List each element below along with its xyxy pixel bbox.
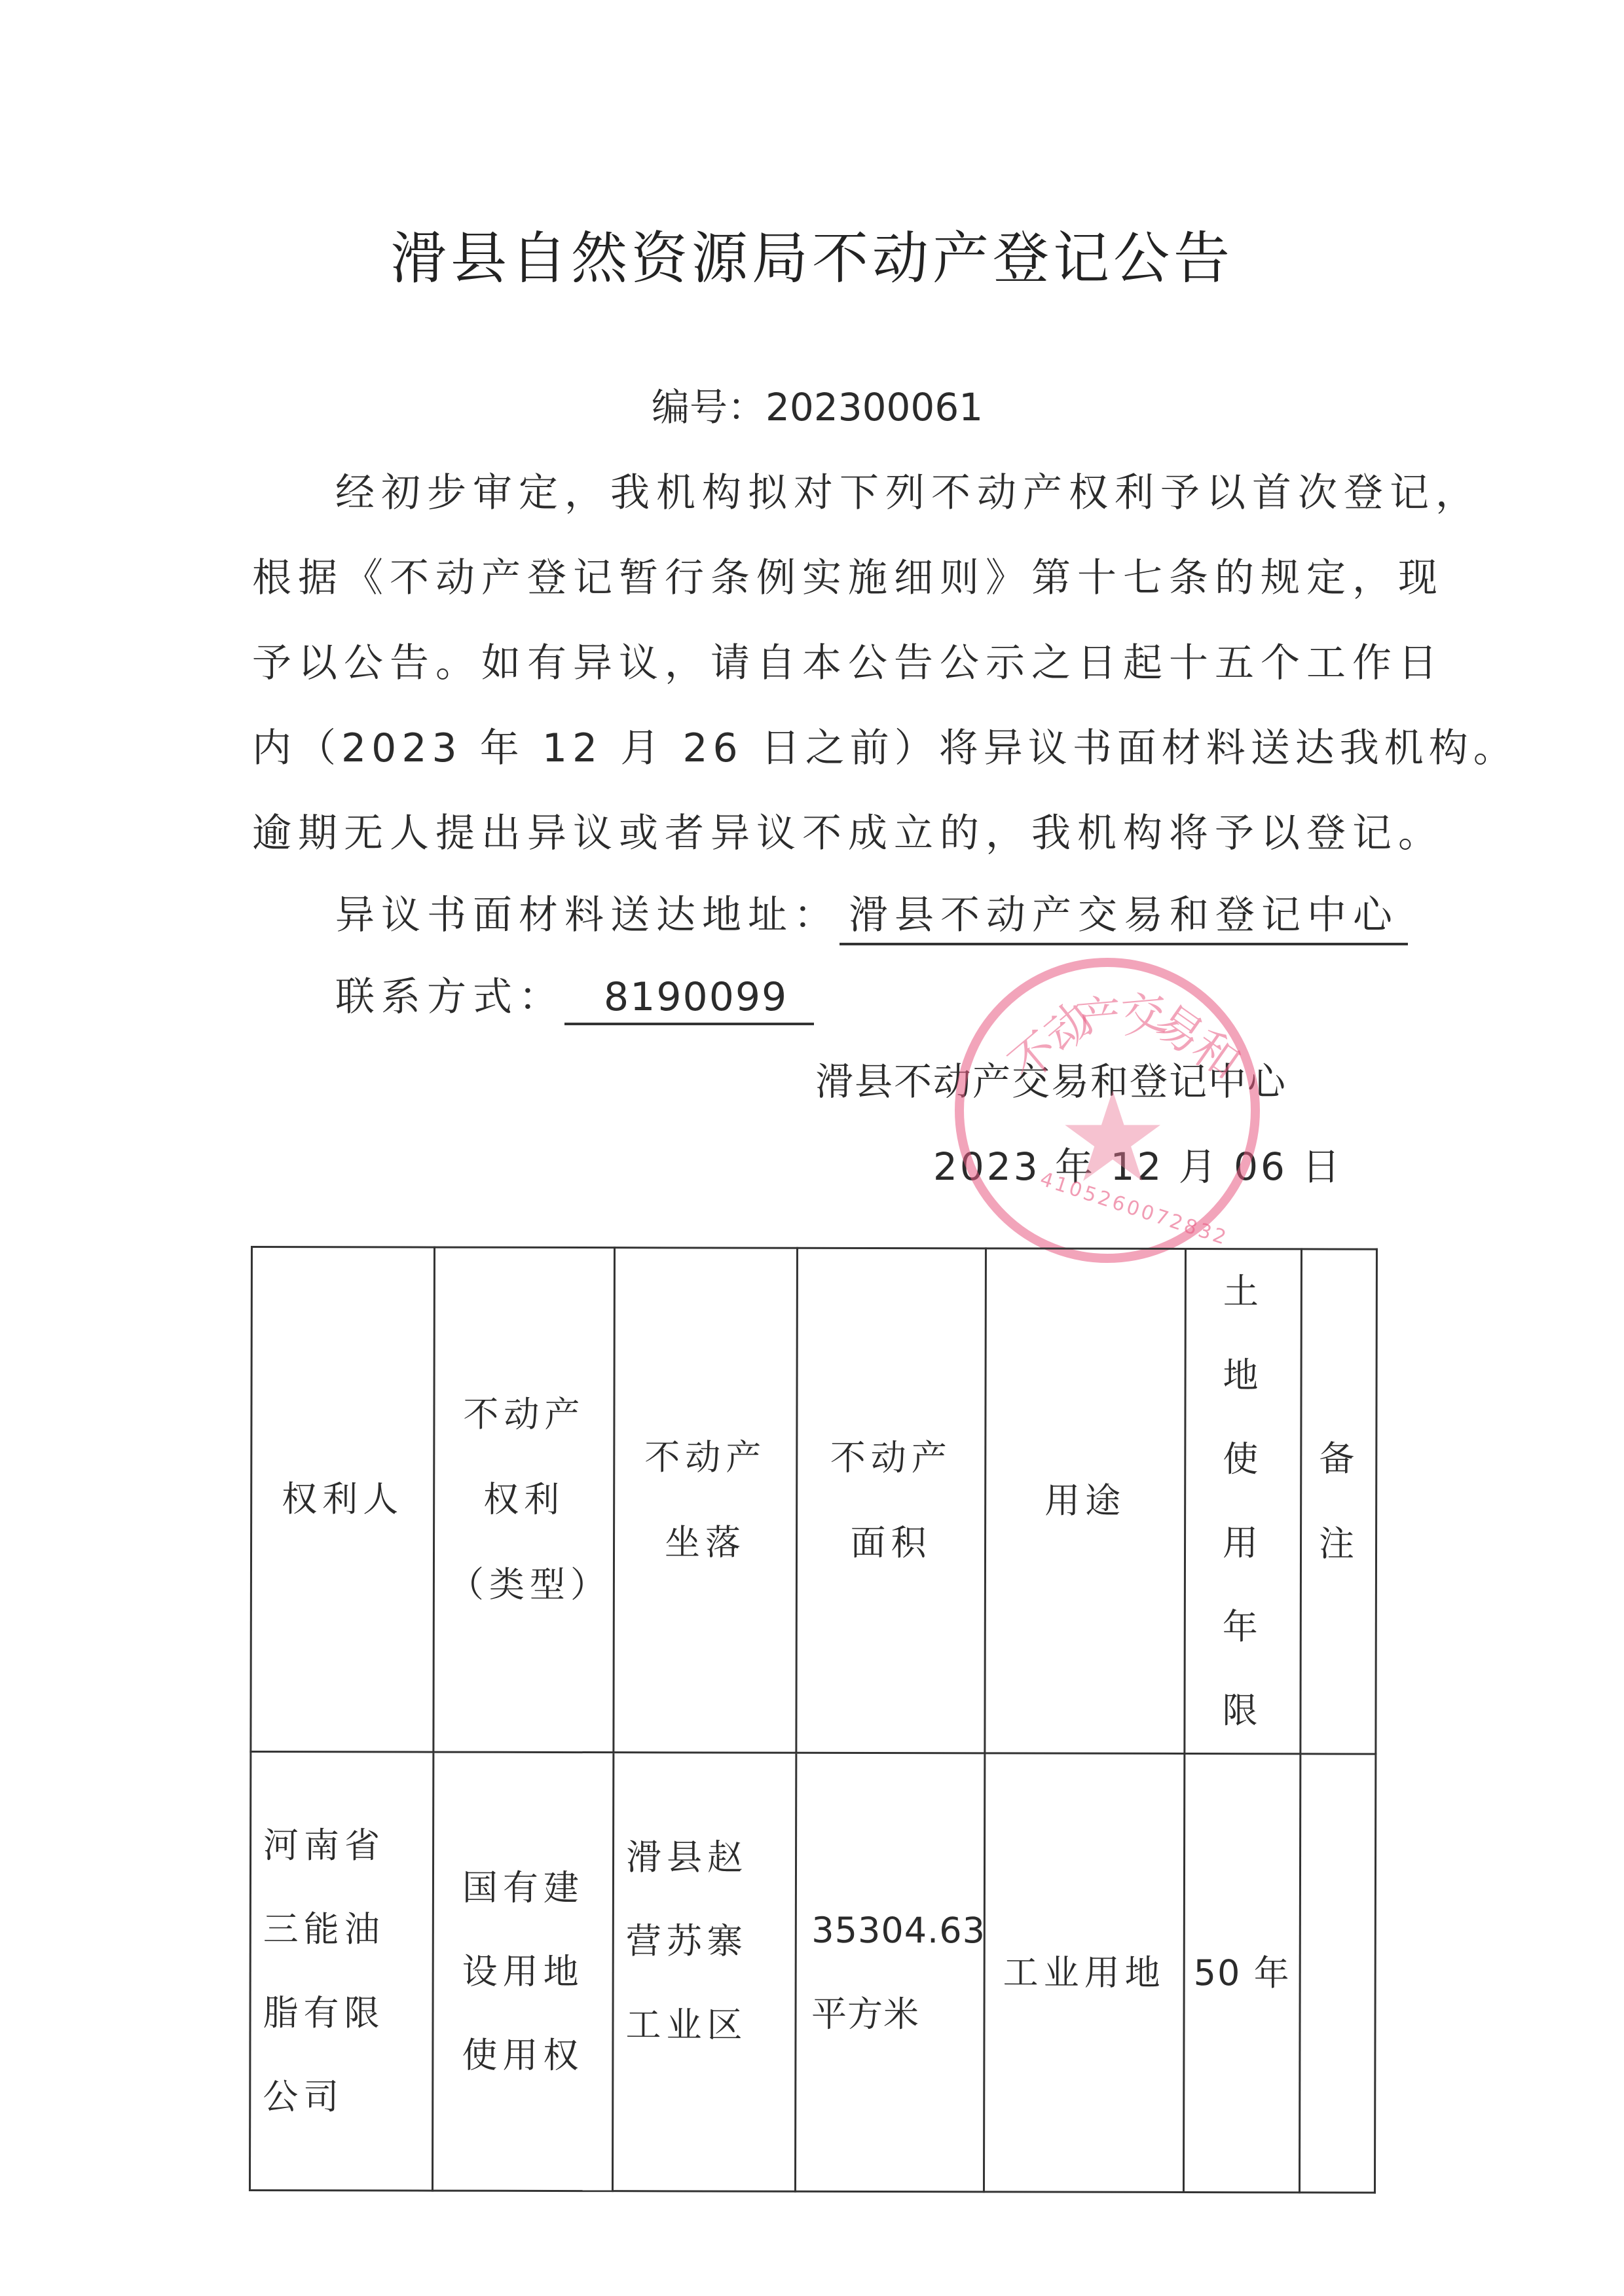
header-remark: 备注: [1301, 1249, 1377, 1754]
contact-label: 联系方式：: [335, 974, 564, 1020]
table-row: 河南省三能油脂有限公司 国有建设用地使用权 滑县赵营苏寨工业区 35304.63…: [249, 1752, 1375, 2193]
issuer-name: 滑县不动产交易和登记中心: [815, 1051, 1287, 1106]
header-owner: 权利人: [251, 1247, 435, 1753]
serial-label: 编号：: [652, 385, 766, 429]
cell-area: 35304.63 平方米: [795, 1753, 984, 2192]
objection-address-label: 异议书面材料送达地址：: [335, 892, 840, 938]
cell-location: 滑县赵营苏寨工业区: [612, 1753, 796, 2192]
seal-text-arc: 产交: [1073, 976, 1170, 1050]
body-line-1: 经初步审定，我机构拟对下列不动产权利予以首次登记，: [335, 462, 1481, 518]
cell-term: 50 年: [1183, 1753, 1300, 2192]
cell-remark: [1299, 1754, 1375, 2193]
body-line-4: 内（2023 年 12 月 26 日之前）将异议书面材料送达我机构。: [252, 717, 1518, 773]
serial-number: 编号：202300061: [652, 376, 983, 431]
cell-usage: 工业用地: [984, 1753, 1184, 2193]
table-header-row: 权利人 不动产权利（类型） 不动产坐落 不动产面积 用途 土地使用年限 备注: [251, 1247, 1377, 1755]
header-location: 不动产坐落: [614, 1248, 798, 1753]
body-line-5: 逾期无人提出异议或者异议不成立的，我机构将予以登记。: [252, 802, 1444, 858]
objection-address-value: 滑县不动产交易和登记中心: [840, 884, 1408, 945]
issue-date: 2023 年 12 月 06 日: [933, 1136, 1342, 1191]
official-seal: 不动 产交 易和 ★ 4105260072832: [955, 958, 1260, 1263]
registration-table: 权利人 不动产权利（类型） 不动产坐落 不动产面积 用途 土地使用年限 备注 河…: [249, 1246, 1378, 2194]
header-right-type: 不动产权利（类型）: [434, 1247, 615, 1753]
body-line-3: 予以公告。如有异议，请自本公告公示之日起十五个工作日: [252, 632, 1444, 688]
contact-value: 8190099: [564, 974, 814, 1025]
header-area: 不动产面积: [796, 1248, 986, 1753]
cell-owner: 河南省三能油脂有限公司: [249, 1752, 433, 2191]
cell-right-type: 国有建设用地使用权: [432, 1752, 613, 2191]
header-usage: 用途: [985, 1248, 1186, 1754]
objection-address: 异议书面材料送达地址：滑县不动产交易和登记中心: [335, 884, 1408, 945]
body-line-2: 根据《不动产登记暂行条例实施细则》第十七条的规定，现: [252, 547, 1444, 603]
document-title: 滑县自然资源局不动产登记公告: [0, 213, 1624, 294]
header-land-term: 土地使用年限: [1185, 1248, 1302, 1753]
serial-value: 202300061: [766, 385, 983, 429]
contact-info: 联系方式：8190099: [335, 966, 814, 1025]
